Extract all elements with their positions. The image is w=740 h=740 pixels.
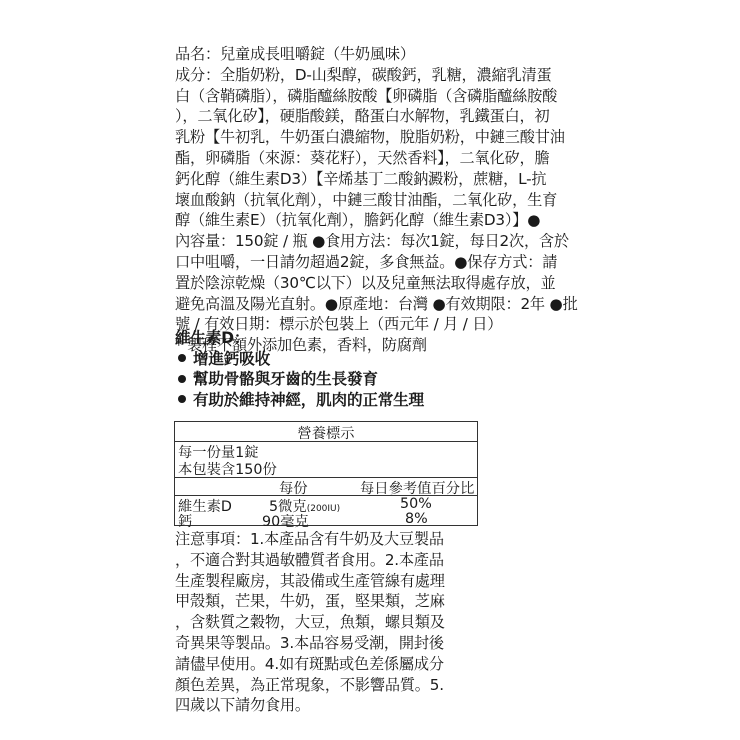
nutrient-name: 鈣 — [178, 511, 192, 531]
precaution-line: ，不適合對其過敏體質者食用。2.本產品 — [175, 550, 485, 571]
vitamin-d-section: 維生素D： 增進鈣吸收 幫助骨骼與牙齒的生長發育 有助於維持神經，肌肉的正常生理 — [175, 328, 570, 410]
nutrient-amount: 90毫克 — [262, 511, 309, 531]
usage-storage-line: 口中咀嚼，一日請勿超過2錠，多食無益。●保存方式：請 — [175, 252, 570, 273]
benefit-item: 增進鈣吸收 — [175, 349, 570, 370]
content-usage-line: 內容量：150錠 / 瓶 ●食用方法：每次1錠，每日2次，含於 — [175, 231, 570, 252]
precaution-line: 生產製程廠房，其設備或生產管線有處理 — [175, 571, 485, 592]
storage-line: 置於陰涼乾燥（30℃以下）以及兒童無法取得處存放，並 — [175, 273, 570, 294]
ingredients-line: 酯，卵磷脂（來源：葵花籽），天然香料】，二氧化矽，膽 — [175, 148, 570, 169]
bullet-icon — [178, 395, 186, 403]
origin-expiry-line: 避免高溫及陽光直射。●原產地：台灣 ●有效期限：2年 ●批 — [175, 294, 570, 315]
ingredients-line: 鈣化醇（維生素D3）【辛烯基丁二酸鈉澱粉，蔗糖，L-抗 — [175, 169, 570, 190]
precaution-line: 甲殼類，芒果，牛奶，蛋，堅果類，芝麻 — [175, 591, 485, 612]
precaution-line: 注意事項：1.本產品含有牛奶及大豆製品 — [175, 529, 485, 550]
ingredients-line: ），二氧化矽】，硬脂酸鎂，酪蛋白水解物，乳鐵蛋白，初 — [175, 106, 570, 127]
servings-per-package: 本包裝含150份 — [178, 459, 277, 479]
product-info: 品名：兒童成長咀嚼錠（牛奶風味） 成分：全脂奶粉，D-山梨醇，碳酸鈣，乳糖，濃縮… — [175, 44, 570, 356]
daily-value: 50% — [400, 496, 432, 512]
daily-value: 8% — [405, 511, 428, 527]
nutrition-table: 營養標示 每一份量1錠 本包裝含150份 每份 每日參考值百分比 維生素D 5微… — [174, 421, 478, 526]
precaution-line: 請儘早使用。4.如有斑點或色差係屬成分 — [175, 654, 485, 675]
precaution-line: 四歲以下請勿食用。 — [175, 695, 485, 716]
ingredients-line: 乳粉【牛初乳，牛奶蛋白濃縮物，脫脂奶粉，中鏈三酸甘油 — [175, 127, 570, 148]
precaution-line: 顏色差異，為正常現象，不影響品質。5. — [175, 675, 485, 696]
vitamin-d-title: 維生素D： — [175, 328, 570, 349]
ingredients-line: 壞血酸鈉（抗氧化劑），中鏈三酸甘油酯，二氧化矽，生育 — [175, 190, 570, 211]
benefit-item: 幫助骨骼與牙齒的生長發育 — [175, 369, 570, 390]
nutrition-table-title: 營養標示 — [175, 423, 477, 443]
bullet-icon — [178, 354, 186, 362]
benefit-item: 有助於維持神經，肌肉的正常生理 — [175, 390, 570, 411]
precaution-line: 奇異果等製品。3.本品容易受潮，開封後 — [175, 633, 485, 654]
ingredients-line: 醇（維生素E）（抗氧化劑），膽鈣化醇（維生素D3）】● — [175, 210, 570, 231]
precaution-line: ，含麩質之穀物，大豆，魚類，螺貝類及 — [175, 612, 485, 633]
bullet-icon — [178, 375, 186, 383]
product-name-line: 品名：兒童成長咀嚼錠（牛奶風味） — [175, 44, 570, 65]
ingredients-line: 白（含鞘磷脂），磷脂醯絲胺酸【卵磷脂（含磷脂醯絲胺酸 — [175, 86, 570, 107]
precautions: 注意事項：1.本產品含有牛奶及大豆製品 ，不適合對其過敏體質者食用。2.本產品 … — [175, 529, 485, 716]
ingredients-line: 成分：全脂奶粉，D-山梨醇，碳酸鈣，乳糖，濃縮乳清蛋 — [175, 65, 570, 86]
amount-note: (200IU) — [307, 504, 340, 514]
